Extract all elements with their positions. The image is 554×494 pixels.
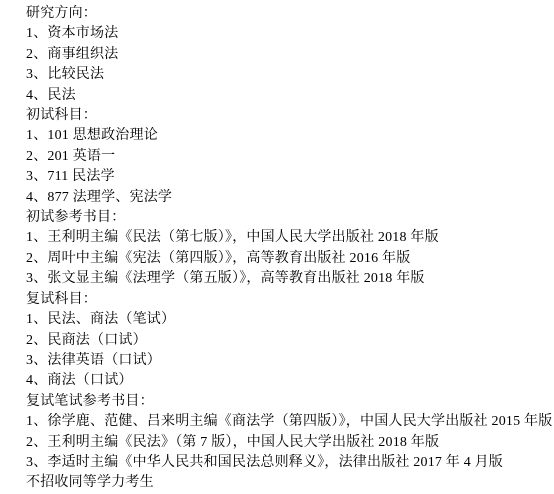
list-item: 4、商法（口试）: [26, 371, 546, 391]
list-item: 2、王利明主编《民法》（第 7 版），中国人民大学出版社 2018 年版: [26, 433, 546, 453]
section-heading-retest-subjects: 复试科目：: [26, 290, 546, 310]
list-item: 3、李适时主编《中华人民共和国民法总则释义》，法律出版社 2017 年 4 月版: [26, 453, 546, 473]
section-heading-retest-written-references: 复试笔试参考书目：: [26, 392, 546, 412]
list-item: 2、民商法（口试）: [26, 331, 546, 351]
list-item: 3、比较民法: [26, 65, 546, 85]
list-item: 1、王利明主编《民法（第七版）》，中国人民大学出版社 2018 年版: [26, 228, 546, 248]
section-heading-initial-exam-subjects: 初试科目：: [26, 106, 546, 126]
list-item: 2、周叶中主编《宪法（第四版）》，高等教育出版社 2016 年版: [26, 249, 546, 269]
section-heading-initial-exam-references: 初试参考书目：: [26, 208, 546, 228]
list-item: 3、张文显主编《法理学（第五版）》，高等教育出版社 2018 年版: [26, 269, 546, 289]
document-body: 研究方向： 1、资本市场法 2、商事组织法 3、比较民法 4、民法 初试科目： …: [0, 0, 554, 494]
list-item: 4、877 法理学、宪法学: [26, 188, 546, 208]
list-item: 3、711 民法学: [26, 167, 546, 187]
list-item: 2、商事组织法: [26, 45, 546, 65]
section-heading-research-directions: 研究方向：: [26, 4, 546, 24]
list-item: 1、资本市场法: [26, 24, 546, 44]
list-item: 1、101 思想政治理论: [26, 126, 546, 146]
list-item: 1、民法、商法（笔试）: [26, 310, 546, 330]
list-item: 4、民法: [26, 86, 546, 106]
list-item: 1、徐学鹿、范健、吕来明主编《商法学（第四版）》，中国人民大学出版社 2015 …: [26, 412, 546, 432]
list-item: 3、法律英语（口试）: [26, 351, 546, 371]
note-no-equivalent-qualification: 不招收同等学力考生: [26, 473, 546, 493]
list-item: 2、201 英语一: [26, 147, 546, 167]
